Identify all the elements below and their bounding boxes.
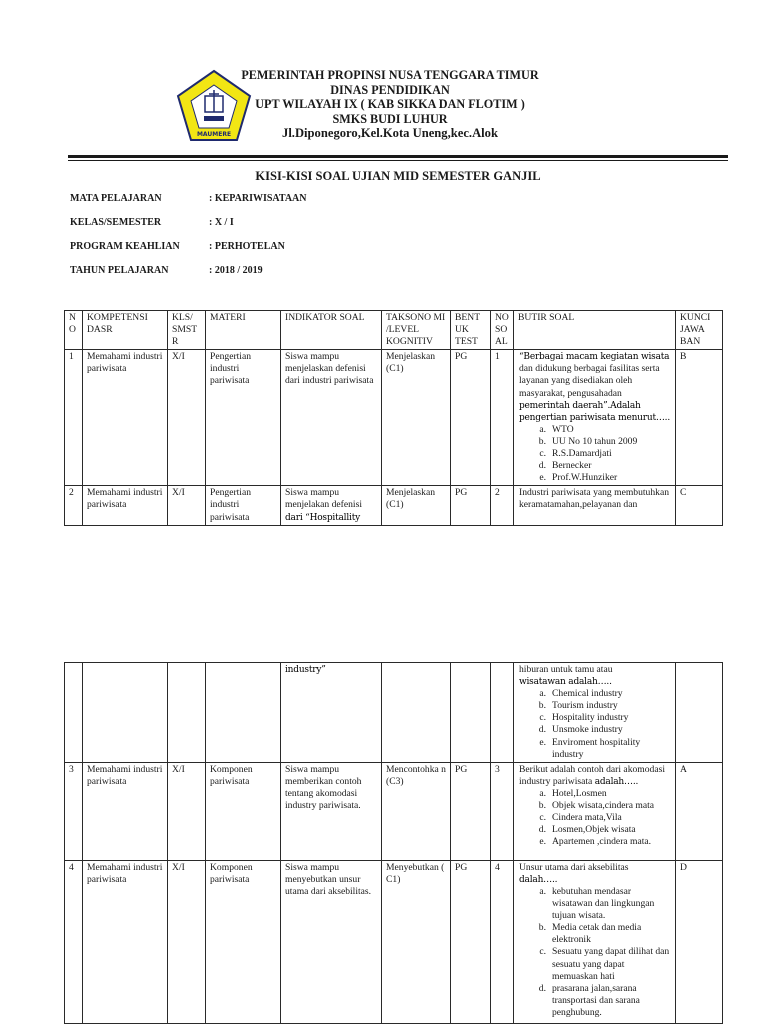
question-text-emphasis: dalah…..	[519, 875, 557, 885]
question-text: dan didukung berbagai fasilitas serta la…	[519, 363, 660, 398]
question-text-emphasis: “Berbagai macam kegiatan wisata	[519, 352, 669, 362]
cell-butir-soal: Industri pariwisata yang membutuhkan ker…	[514, 486, 676, 525]
cell-no: 1	[65, 350, 83, 486]
answer-option: a.kebutuhan mendasar wisatawan dan lingk…	[519, 886, 672, 922]
cell-bentuk: PG	[451, 762, 491, 860]
question-text: Unsur utama dari aksebilitas	[519, 862, 629, 873]
header-kunci: KUNCI JAWA BAN	[676, 311, 723, 350]
indicator-text: Siswa mampu menjelakan defenisi	[285, 487, 362, 510]
cell-kelas: X/I	[168, 860, 206, 1024]
cell-no-soal: 3	[491, 762, 514, 860]
cell-indikator: industry”	[281, 663, 382, 763]
letterhead-line-region: UPT WILAYAH IX ( KAB SIKKA DAN FLOTIM )	[220, 97, 560, 112]
question-text-emphasis: wisatawan adalah…..	[519, 677, 612, 687]
header-no: N O	[65, 311, 83, 350]
cell-no: 3	[65, 762, 83, 860]
cell-materi: Pengertian industri pariwisata	[206, 486, 281, 525]
meta-label: TAHUN PELAJARAN	[70, 265, 168, 276]
cell-bentuk: PG	[451, 486, 491, 525]
answer-option: d.Losmen,Objek wisata	[519, 824, 672, 836]
cell-indikator: Siswa mampu menyebutkan unsur utama dari…	[281, 860, 382, 1024]
cell-materi: Komponen pariwisata	[206, 762, 281, 860]
answer-options: a.Chemical industry b.Tourism industry c…	[519, 688, 672, 761]
cell-kompetensi: Memahami industri pariwisata	[83, 486, 168, 525]
cell-kunci: C	[676, 486, 723, 525]
question-text: Berikut adalah contoh dari akomodasi ind…	[519, 764, 665, 787]
meta-label: PROGRAM KEAHLIAN	[70, 241, 180, 252]
header-no-soal: NO SO AL	[491, 311, 514, 350]
table-row: 3 Memahami industri pariwisata X/I Kompo…	[65, 762, 723, 860]
meta-label: KELAS/SEMESTER	[70, 217, 161, 228]
answer-options: a.Hotel,Losmen b.Objek wisata,cindera ma…	[519, 788, 672, 848]
question-text-emphasis: pemerintah daerah”.Adalah pengertian par…	[519, 401, 670, 423]
letterhead-line-school: SMKS BUDI LUHUR	[220, 112, 560, 127]
table-row: 4 Memahami industri pariwisata X/I Kompo…	[65, 860, 723, 1024]
answer-option: a.WTO	[519, 424, 672, 436]
meta-value: : X / I	[209, 217, 234, 228]
cell-indikator: Siswa mampu menjelakan defenisi dari “Ho…	[281, 486, 382, 525]
document-title: KISI-KISI SOAL UJIAN MID SEMESTER GANJIL	[68, 169, 728, 184]
table-header-row: N O KOMPETENSI DASR KLS/ SMST R MATERI I…	[65, 311, 723, 350]
answer-option: d.Bernecker	[519, 460, 672, 472]
cell-bentuk: PG	[451, 350, 491, 486]
answer-option: b.Tourism industry	[519, 700, 672, 712]
question-text: hiburan untuk tamu atau	[519, 664, 613, 675]
cell-taksonomi: Menjelaskan (C1)	[382, 350, 451, 486]
letterhead-line-department: DINAS PENDIDIKAN	[220, 83, 560, 98]
cell-kompetensi: Memahami industri pariwisata	[83, 860, 168, 1024]
answer-option: c.Cindera mata,Vila	[519, 812, 672, 824]
header-kelas: KLS/ SMST R	[168, 311, 206, 350]
letterhead: PEMERINTAH PROPINSI NUSA TENGGARA TIMUR …	[220, 68, 560, 141]
cell-no-soal: 4	[491, 860, 514, 1024]
cell-butir-soal: hiburan untuk tamu atau wisatawan adalah…	[514, 663, 676, 763]
cell-materi: Pengertian industri pariwisata	[206, 350, 281, 486]
cell-kelas: X/I	[168, 762, 206, 860]
header-kompetensi: KOMPETENSI DASR	[83, 311, 168, 350]
header-materi: MATERI	[206, 311, 281, 350]
cell-butir-soal: “Berbagai macam kegiatan wisata dan didu…	[514, 350, 676, 486]
exam-grid-table-continued: industry” hiburan untuk tamu atau wisata…	[64, 662, 723, 1024]
cell-indikator: Siswa mampu memberikan contoh tentang ak…	[281, 762, 382, 860]
answer-option: c.R.S.Damardjati	[519, 448, 672, 460]
answer-option: a.Chemical industry	[519, 688, 672, 700]
exam-grid-table: N O KOMPETENSI DASR KLS/ SMST R MATERI I…	[64, 310, 723, 526]
cell-kunci: A	[676, 762, 723, 860]
cell-kunci: B	[676, 350, 723, 486]
cell-butir-soal: Unsur utama dari aksebilitas dalah….. a.…	[514, 860, 676, 1024]
indicator-text-emphasis: dari “Hospitallity	[285, 513, 360, 523]
answer-option: d.prasarana jalan,sarana transportasi da…	[519, 983, 672, 1019]
answer-option: b.UU No 10 tahun 2009	[519, 436, 672, 448]
document-page: MAUMERE PEMERINTAH PROPINSI NUSA TENGGAR…	[0, 0, 768, 1024]
cell-kelas: X/I	[168, 486, 206, 525]
letterhead-line-address: Jl.Diponegoro,Kel.Kota Uneng,kec.Alok	[220, 126, 560, 141]
header-divider-thick	[68, 155, 728, 158]
cell-bentuk: PG	[451, 860, 491, 1024]
answer-options: a.WTO b.UU No 10 tahun 2009 c.R.S.Damard…	[519, 424, 672, 484]
cell-kelas: X/I	[168, 350, 206, 486]
header-bentuk: BENT UK TEST	[451, 311, 491, 350]
meta-value: : KEPARIWISATAAN	[209, 193, 307, 204]
answer-option: d.Unsmoke industry	[519, 724, 672, 736]
answer-option: c.Sesuatu yang dapat dilihat dan sesuatu…	[519, 946, 672, 982]
cell-kompetensi: Memahami industri pariwisata	[83, 350, 168, 486]
header-indikator: INDIKATOR SOAL	[281, 311, 382, 350]
cell-taksonomi: Mencontohka n (C3)	[382, 762, 451, 860]
meta-value: : PERHOTELAN	[209, 241, 285, 252]
cell-butir-soal: Berikut adalah contoh dari akomodasi ind…	[514, 762, 676, 860]
meta-value: : 2018 / 2019	[209, 265, 263, 276]
answer-option: a.Hotel,Losmen	[519, 788, 672, 800]
answer-option: b.Media cetak dan media elektronik	[519, 922, 672, 946]
cell-taksonomi: Menyebutkan ( C1)	[382, 860, 451, 1024]
table-row: 1 Memahami industri pariwisata X/I Penge…	[65, 350, 723, 486]
answer-option: e.Enviroment hospitality industry	[519, 737, 672, 761]
cell-no-soal: 1	[491, 350, 514, 486]
question-text-emphasis: adalah…..	[595, 777, 638, 787]
answer-option: e.Prof.W.Hunziker	[519, 472, 672, 484]
header-taksonomi: TAKSONO MI /LEVEL KOGNITIV	[382, 311, 451, 350]
cell-kompetensi: Memahami industri pariwisata	[83, 762, 168, 860]
table-row: 2 Memahami industri pariwisata X/I Penge…	[65, 486, 723, 525]
cell-kunci: D	[676, 860, 723, 1024]
table-row-continuation: industry” hiburan untuk tamu atau wisata…	[65, 663, 723, 763]
cell-materi: Komponen pariwisata	[206, 860, 281, 1024]
cell-indikator: Siswa mampu menjelaskan defenisi dari in…	[281, 350, 382, 486]
header-divider-thin	[68, 160, 728, 161]
cell-taksonomi: Menjelaskan (C1)	[382, 486, 451, 525]
cell-no: 4	[65, 860, 83, 1024]
answer-option: c.Hospitality industry	[519, 712, 672, 724]
meta-label: MATA PELAJARAN	[70, 193, 162, 204]
cell-no-soal: 2	[491, 486, 514, 525]
letterhead-line-government: PEMERINTAH PROPINSI NUSA TENGGARA TIMUR	[220, 68, 560, 83]
answer-options: a.kebutuhan mendasar wisatawan dan lingk…	[519, 886, 672, 1019]
header-butir-soal: BUTIR SOAL	[514, 311, 676, 350]
cell-no: 2	[65, 486, 83, 525]
answer-option: b.Objek wisata,cindera mata	[519, 800, 672, 812]
answer-option: e.Apartemen ,cindera mata.	[519, 836, 672, 848]
indicator-text-emphasis: industry”	[285, 665, 326, 675]
